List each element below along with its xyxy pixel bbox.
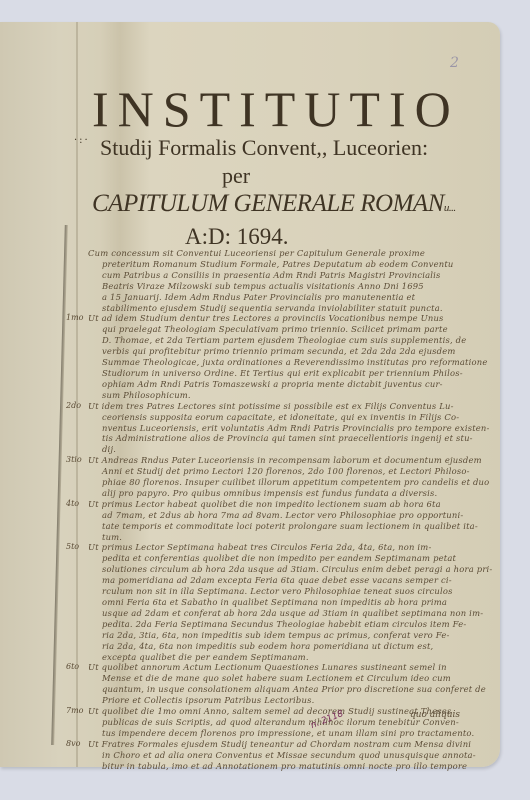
manuscript-line: Cum concessum sit Conventui Luceoriensi … [88, 248, 496, 259]
manuscript-line: cum Patribus a Consiliis in praesentia A… [88, 270, 496, 281]
title-per: per [222, 163, 250, 189]
paragraph: 5toUt primus Lector Septimana habeat tre… [88, 542, 496, 662]
paragraph: Cum concessum sit Conventui Luceoriensi … [88, 248, 496, 313]
folio-number: 2 [450, 55, 459, 71]
title-institutio: INSTITUTIO [92, 82, 492, 136]
manuscript-line: Summae Theologicae, juxta ordinationes a… [88, 357, 496, 368]
manuscript-line: Ut primus Lector habeat quolibet die non… [88, 499, 496, 510]
ink-specks: ·:· [74, 135, 90, 146]
paragraph-marker: 3tio [66, 455, 82, 466]
paragraph: 2doUt idem tres Patres Lectores sint pot… [88, 401, 496, 456]
paragraph-marker: 4to [66, 499, 79, 510]
manuscript-line: preteritum Romanum Studium Formale, Patr… [88, 259, 496, 270]
manuscript-line: alij pro papyro. Pro quibus omnibus impe… [88, 488, 496, 499]
title-capitulum-suffix: u... [444, 202, 456, 214]
catchword: quo aliquis [410, 710, 460, 720]
manuscript-line: solutiones circulum ab hora 2da usque ad… [88, 564, 496, 575]
title-date: A:D: 1694. [185, 224, 289, 250]
page-spine [76, 22, 78, 767]
manuscript-line: rculum non sit in illa Septimana. Lector… [88, 586, 496, 597]
manuscript-line: D. Thomae, et 2da Tertiam partem ejusdem… [88, 335, 496, 346]
manuscript-line: Ut Andreas Rndus Pater Luceoriensis in r… [88, 455, 496, 466]
manuscript-line: excepta qualibet die per eandem Septiman… [88, 652, 496, 663]
manuscript-line: ria 2da, 3tia, 6ta, non impeditis sub id… [88, 630, 496, 641]
manuscript-line: verbis qui profitebitur primo triennio p… [88, 346, 496, 357]
manuscript-line: qui praelegat Theologiam Speculativam pr… [88, 324, 496, 335]
manuscript-line: in Choro et ad alia onera Conventus et M… [88, 750, 496, 761]
manuscript-line: Ut quolibet annorum Actum Lectionum Quae… [88, 662, 496, 673]
manuscript-line: ceoriensis supposita eorum capacitate, e… [88, 412, 496, 423]
manuscript-line: Ut primus Lector Septimana habeat tres C… [88, 542, 496, 553]
manuscript-line: tum. [88, 532, 496, 543]
paragraph-marker: 7mo [66, 706, 84, 717]
manuscript-line: Ut idem tres Patres Lectores sint potiss… [88, 401, 496, 412]
paragraph: 8voUt Fratres Formales ejusdem Studij te… [88, 739, 496, 772]
paragraph-marker: 5to [66, 542, 79, 553]
paragraph: 4toUt primus Lector habeat quolibet die … [88, 499, 496, 543]
manuscript-line: Priore et Collectis ipsorum Patribus Lec… [88, 695, 496, 706]
title-subtitle: Studij Formalis Convent,, Luceorien: [100, 135, 500, 161]
paragraph: 3tioUt Andreas Rndus Pater Luceoriensis … [88, 455, 496, 499]
manuscript-line: tate temporis et commoditate loci poteri… [88, 521, 496, 532]
paragraph-marker: 2do [66, 401, 81, 412]
manuscript-line: stabilimento ejusdem Studij sequentia se… [88, 303, 496, 314]
manuscript-line: ma pomeridiana ad 2dam excepta Feria 6ta… [88, 575, 496, 586]
manuscript-body: Cum concessum sit Conventui Luceoriensi … [88, 248, 496, 772]
manuscript-line: quantum, in usque consolationem aliquam … [88, 684, 496, 695]
manuscript-line: bitur in tabula, imo et ad Annotationem … [88, 761, 496, 772]
manuscript-line: ria 2da, 4ta, 6ta non impeditis sub eode… [88, 641, 496, 652]
manuscript-line: Mense et die de mane quo solet habere su… [88, 673, 496, 684]
manuscript-line: pedita et conferentias quolibet die non … [88, 553, 496, 564]
manuscript-line: Anni et Studij det primo Lectori 120 flo… [88, 466, 496, 477]
manuscript-line: sum Philosophicum. [88, 390, 496, 401]
manuscript-line: phiae 80 florenos. Insuper cuilibet illo… [88, 477, 496, 488]
manuscript-line: Beatris Viraze Milzowski sub tempus actu… [88, 281, 496, 292]
paragraph-marker: 6to [66, 662, 79, 673]
manuscript-line: pedita. 2da Feria Septimana Secundus The… [88, 619, 496, 630]
title-capitulum: CAPITULUM GENERALE ROMANu... [92, 190, 512, 218]
manuscript-line: Ut ad idem Studium dentur tres Lectores … [88, 313, 496, 324]
manuscript-line: tus impendere decem florenos pro impress… [88, 728, 496, 739]
paragraph-marker: 8vo [66, 739, 80, 750]
manuscript-line: Studiorum in universo Ordine. Et Tertius… [88, 368, 496, 379]
manuscript-line: omni Feria 6ta et Sabatho in qualibet Se… [88, 597, 496, 608]
manuscript-line: usque ad 2dam et conferat ab hora 2da us… [88, 608, 496, 619]
manuscript-line: dij. [88, 444, 496, 455]
paragraph: 6toUt quolibet annorum Actum Lectionum Q… [88, 662, 496, 706]
manuscript-line: nventus Luceoriensis, erit voluntatis Ad… [88, 423, 496, 434]
manuscript-line: ad 7mam, et 2dus ab hora 7ma ad 8vam. Le… [88, 510, 496, 521]
title-capitulum-text: CAPITULUM GENERALE ROMAN [92, 190, 444, 217]
manuscript-line: tis Administratione alios de Provincia q… [88, 433, 496, 444]
manuscript-line: Ut Fratres Formales ejusdem Studij tenea… [88, 739, 496, 750]
manuscript-line: ophiam Adm Rndi Patris Tomaszewski a pro… [88, 379, 496, 390]
paragraph: 1moUt ad idem Studium dentur tres Lector… [88, 313, 496, 400]
paragraph-marker: 1mo [66, 313, 84, 324]
manuscript-line: a 15 Januarij. Idem Adm Rndus Pater Prov… [88, 292, 496, 303]
